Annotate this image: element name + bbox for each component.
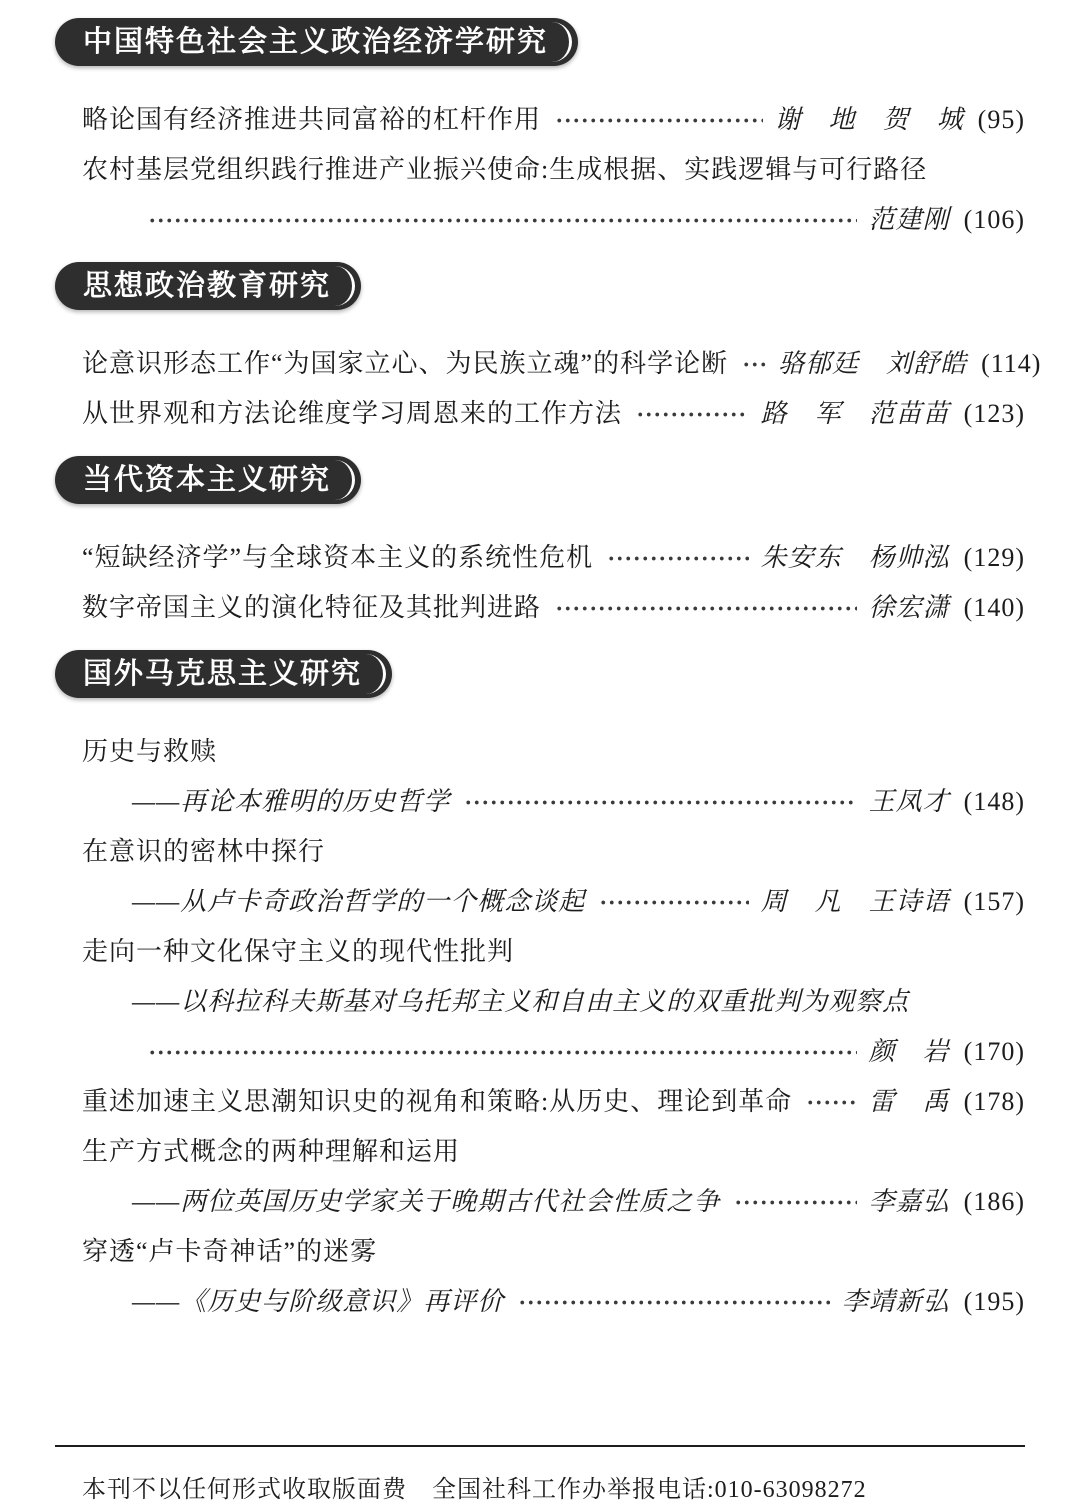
- entry-authors: 谢 地 贺 城: [775, 104, 964, 136]
- toc-entry-row: 数字帝国主义的演化特征及其批判进路徐宏潇(140): [82, 592, 1025, 624]
- entry-title: 在意识的密林中探行: [82, 836, 325, 868]
- entry-page-number: (195): [964, 1286, 1025, 1318]
- entry-authors: 颜 岩: [869, 1036, 950, 1068]
- dot-leader: [607, 554, 749, 563]
- toc-entry-rows: 历史与救赎——再论本雅明的历史哲学王凤才(148)在意识的密林中探行——从卢卡奇…: [55, 736, 1025, 1318]
- entry-authors: 李嘉弘: [869, 1186, 950, 1218]
- toc-entry-row: 范建刚(106): [82, 204, 1025, 236]
- entry-title: “短缺经济学”与全球资本主义的系统性危机: [82, 542, 593, 574]
- toc-entry-row: 论意识形态工作“为国家立心、为民族立魂”的科学论断骆郁廷 刘舒皓(114): [82, 348, 1025, 380]
- section-header-badge: 当代资本主义研究: [55, 456, 361, 504]
- toc-section: 当代资本主义研究“短缺经济学”与全球资本主义的系统性危机朱安东 杨帅泓(129)…: [55, 456, 1025, 624]
- entry-title: 数字帝国主义的演化特征及其批判进路: [82, 592, 541, 624]
- toc-entry-row: 走向一种文化保守主义的现代性批判: [82, 936, 1025, 968]
- journal-toc-page: 中国特色社会主义政治经济学研究略论国有经济推进共同富裕的杠杆作用谢 地 贺 城(…: [0, 0, 1080, 1504]
- section-title: 当代资本主义研究: [83, 464, 331, 496]
- section-title: 国外马克思主义研究: [83, 658, 362, 690]
- section-header-badge: 思想政治教育研究: [55, 262, 361, 310]
- toc-entry-row: ——《历史与阶级意识》再评价李靖新弘(195): [82, 1286, 1025, 1318]
- entry-subtitle: ——从卢卡奇政治哲学的一个概念谈起: [132, 886, 585, 918]
- footer-divider: [55, 1445, 1025, 1447]
- entry-authors: 王凤才: [869, 786, 950, 818]
- dot-leader: [518, 1298, 829, 1307]
- page-footer: 本刊不以任何形式收取版面费 全国社科工作办举报电话:010-63098272: [55, 1445, 1025, 1504]
- toc-entry-row: 略论国有经济推进共同富裕的杠杆作用谢 地 贺 城(95): [82, 104, 1025, 136]
- toc-entry-row: “短缺经济学”与全球资本主义的系统性危机朱安东 杨帅泓(129): [82, 542, 1025, 574]
- toc-entry-row: 农村基层党组织践行推进产业振兴使命:生成根据、实践逻辑与可行路径: [82, 154, 1025, 186]
- toc-entry-row: 历史与救赎: [82, 736, 1025, 768]
- entry-authors: 骆郁廷 刘舒皓: [778, 348, 967, 380]
- dot-leader: [806, 1098, 856, 1107]
- toc-entry-row: ——从卢卡奇政治哲学的一个概念谈起周 凡 王诗语(157): [82, 886, 1025, 918]
- toc-sections: 中国特色社会主义政治经济学研究略论国有经济推进共同富裕的杠杆作用谢 地 贺 城(…: [55, 18, 1025, 1437]
- toc-entry-row: ——再论本雅明的历史哲学王凤才(148): [82, 786, 1025, 818]
- dot-leader: [555, 604, 857, 613]
- entry-page-number: (140): [964, 592, 1025, 624]
- entry-title: 生产方式概念的两种理解和运用: [82, 1136, 460, 1168]
- dot-leader: [148, 216, 857, 225]
- entry-authors: 雷 禹: [869, 1086, 950, 1118]
- entry-title: 重述加速主义思潮知识史的视角和策略:从历史、理论到革命: [82, 1086, 792, 1118]
- toc-entry-row: 重述加速主义思潮知识史的视角和策略:从历史、理论到革命雷 禹(178): [82, 1086, 1025, 1118]
- entry-page-number: (114): [981, 348, 1041, 380]
- footer-notice: 本刊不以任何形式收取版面费 全国社科工作办举报电话:010-63098272: [55, 1469, 1025, 1504]
- entry-subtitle: ——《历史与阶级意识》再评价: [132, 1286, 504, 1318]
- section-header-badge: 中国特色社会主义政治经济学研究: [55, 18, 578, 66]
- section-title: 思想政治教育研究: [83, 270, 331, 302]
- entry-title: 农村基层党组织践行推进产业振兴使命:生成根据、实践逻辑与可行路径: [82, 154, 927, 186]
- section-header-badge: 国外马克思主义研究: [55, 650, 392, 698]
- toc-section: 思想政治教育研究论意识形态工作“为国家立心、为民族立魂”的科学论断骆郁廷 刘舒皓…: [55, 262, 1025, 430]
- entry-title: 走向一种文化保守主义的现代性批判: [82, 936, 514, 968]
- toc-entry-row: 颜 岩(170): [82, 1036, 1025, 1068]
- dot-leader: [599, 898, 748, 907]
- toc-entry-row: 在意识的密林中探行: [82, 836, 1025, 868]
- dot-leader: [636, 410, 749, 419]
- toc-entry-rows: 略论国有经济推进共同富裕的杠杆作用谢 地 贺 城(95)农村基层党组织践行推进产…: [55, 104, 1025, 236]
- dot-leader: [555, 116, 763, 125]
- dot-leader: [734, 1198, 856, 1207]
- toc-entry-row: 生产方式概念的两种理解和运用: [82, 1136, 1025, 1168]
- entry-authors: 周 凡 王诗语: [761, 886, 950, 918]
- dot-leader: [464, 798, 856, 807]
- entry-page-number: (157): [964, 886, 1025, 918]
- entry-title: 略论国有经济推进共同富裕的杠杆作用: [82, 104, 541, 136]
- entry-subtitle: ——两位英国历史学家关于晚期古代社会性质之争: [132, 1186, 720, 1218]
- toc-entry-row: 从世界观和方法论维度学习周恩来的工作方法路 军 范苗苗(123): [82, 398, 1025, 430]
- entry-authors: 徐宏潇: [869, 592, 950, 624]
- entry-subtitle: ——再论本雅明的历史哲学: [132, 786, 450, 818]
- entry-title: 穿透“卢卡奇神话”的迷雾: [82, 1236, 377, 1268]
- section-title: 中国特色社会主义政治经济学研究: [83, 26, 548, 58]
- entry-page-number: (186): [964, 1186, 1025, 1218]
- entry-page-number: (148): [964, 786, 1025, 818]
- entry-page-number: (123): [964, 398, 1025, 430]
- entry-authors: 李靖新弘: [842, 1286, 950, 1318]
- entry-title: 论意识形态工作“为国家立心、为民族立魂”的科学论断: [82, 348, 728, 380]
- toc-entry-row: ——以科拉科夫斯基对乌托邦主义和自由主义的双重批判为观察点: [82, 986, 1025, 1018]
- entry-title: 历史与救赎: [82, 736, 217, 768]
- entry-page-number: (106): [964, 204, 1025, 236]
- dot-leader: [148, 1048, 857, 1057]
- entry-subtitle: ——以科拉科夫斯基对乌托邦主义和自由主义的双重批判为观察点: [132, 986, 909, 1018]
- toc-entry-row: 穿透“卢卡奇神话”的迷雾: [82, 1236, 1025, 1268]
- entry-page-number: (178): [964, 1086, 1025, 1118]
- entry-authors: 朱安东 杨帅泓: [761, 542, 950, 574]
- dot-leader: [742, 360, 766, 369]
- entry-authors: 路 军 范苗苗: [761, 398, 950, 430]
- toc-entry-row: ——两位英国历史学家关于晚期古代社会性质之争李嘉弘(186): [82, 1186, 1025, 1218]
- entry-authors: 范建刚: [869, 204, 950, 236]
- toc-section: 国外马克思主义研究历史与救赎——再论本雅明的历史哲学王凤才(148)在意识的密林…: [55, 650, 1025, 1318]
- toc-section: 中国特色社会主义政治经济学研究略论国有经济推进共同富裕的杠杆作用谢 地 贺 城(…: [55, 18, 1025, 236]
- entry-page-number: (95): [978, 104, 1025, 136]
- entry-title: 从世界观和方法论维度学习周恩来的工作方法: [82, 398, 622, 430]
- entry-page-number: (170): [964, 1036, 1025, 1068]
- entry-page-number: (129): [964, 542, 1025, 574]
- toc-entry-rows: 论意识形态工作“为国家立心、为民族立魂”的科学论断骆郁廷 刘舒皓(114)从世界…: [55, 348, 1025, 430]
- toc-entry-rows: “短缺经济学”与全球资本主义的系统性危机朱安东 杨帅泓(129)数字帝国主义的演…: [55, 542, 1025, 624]
